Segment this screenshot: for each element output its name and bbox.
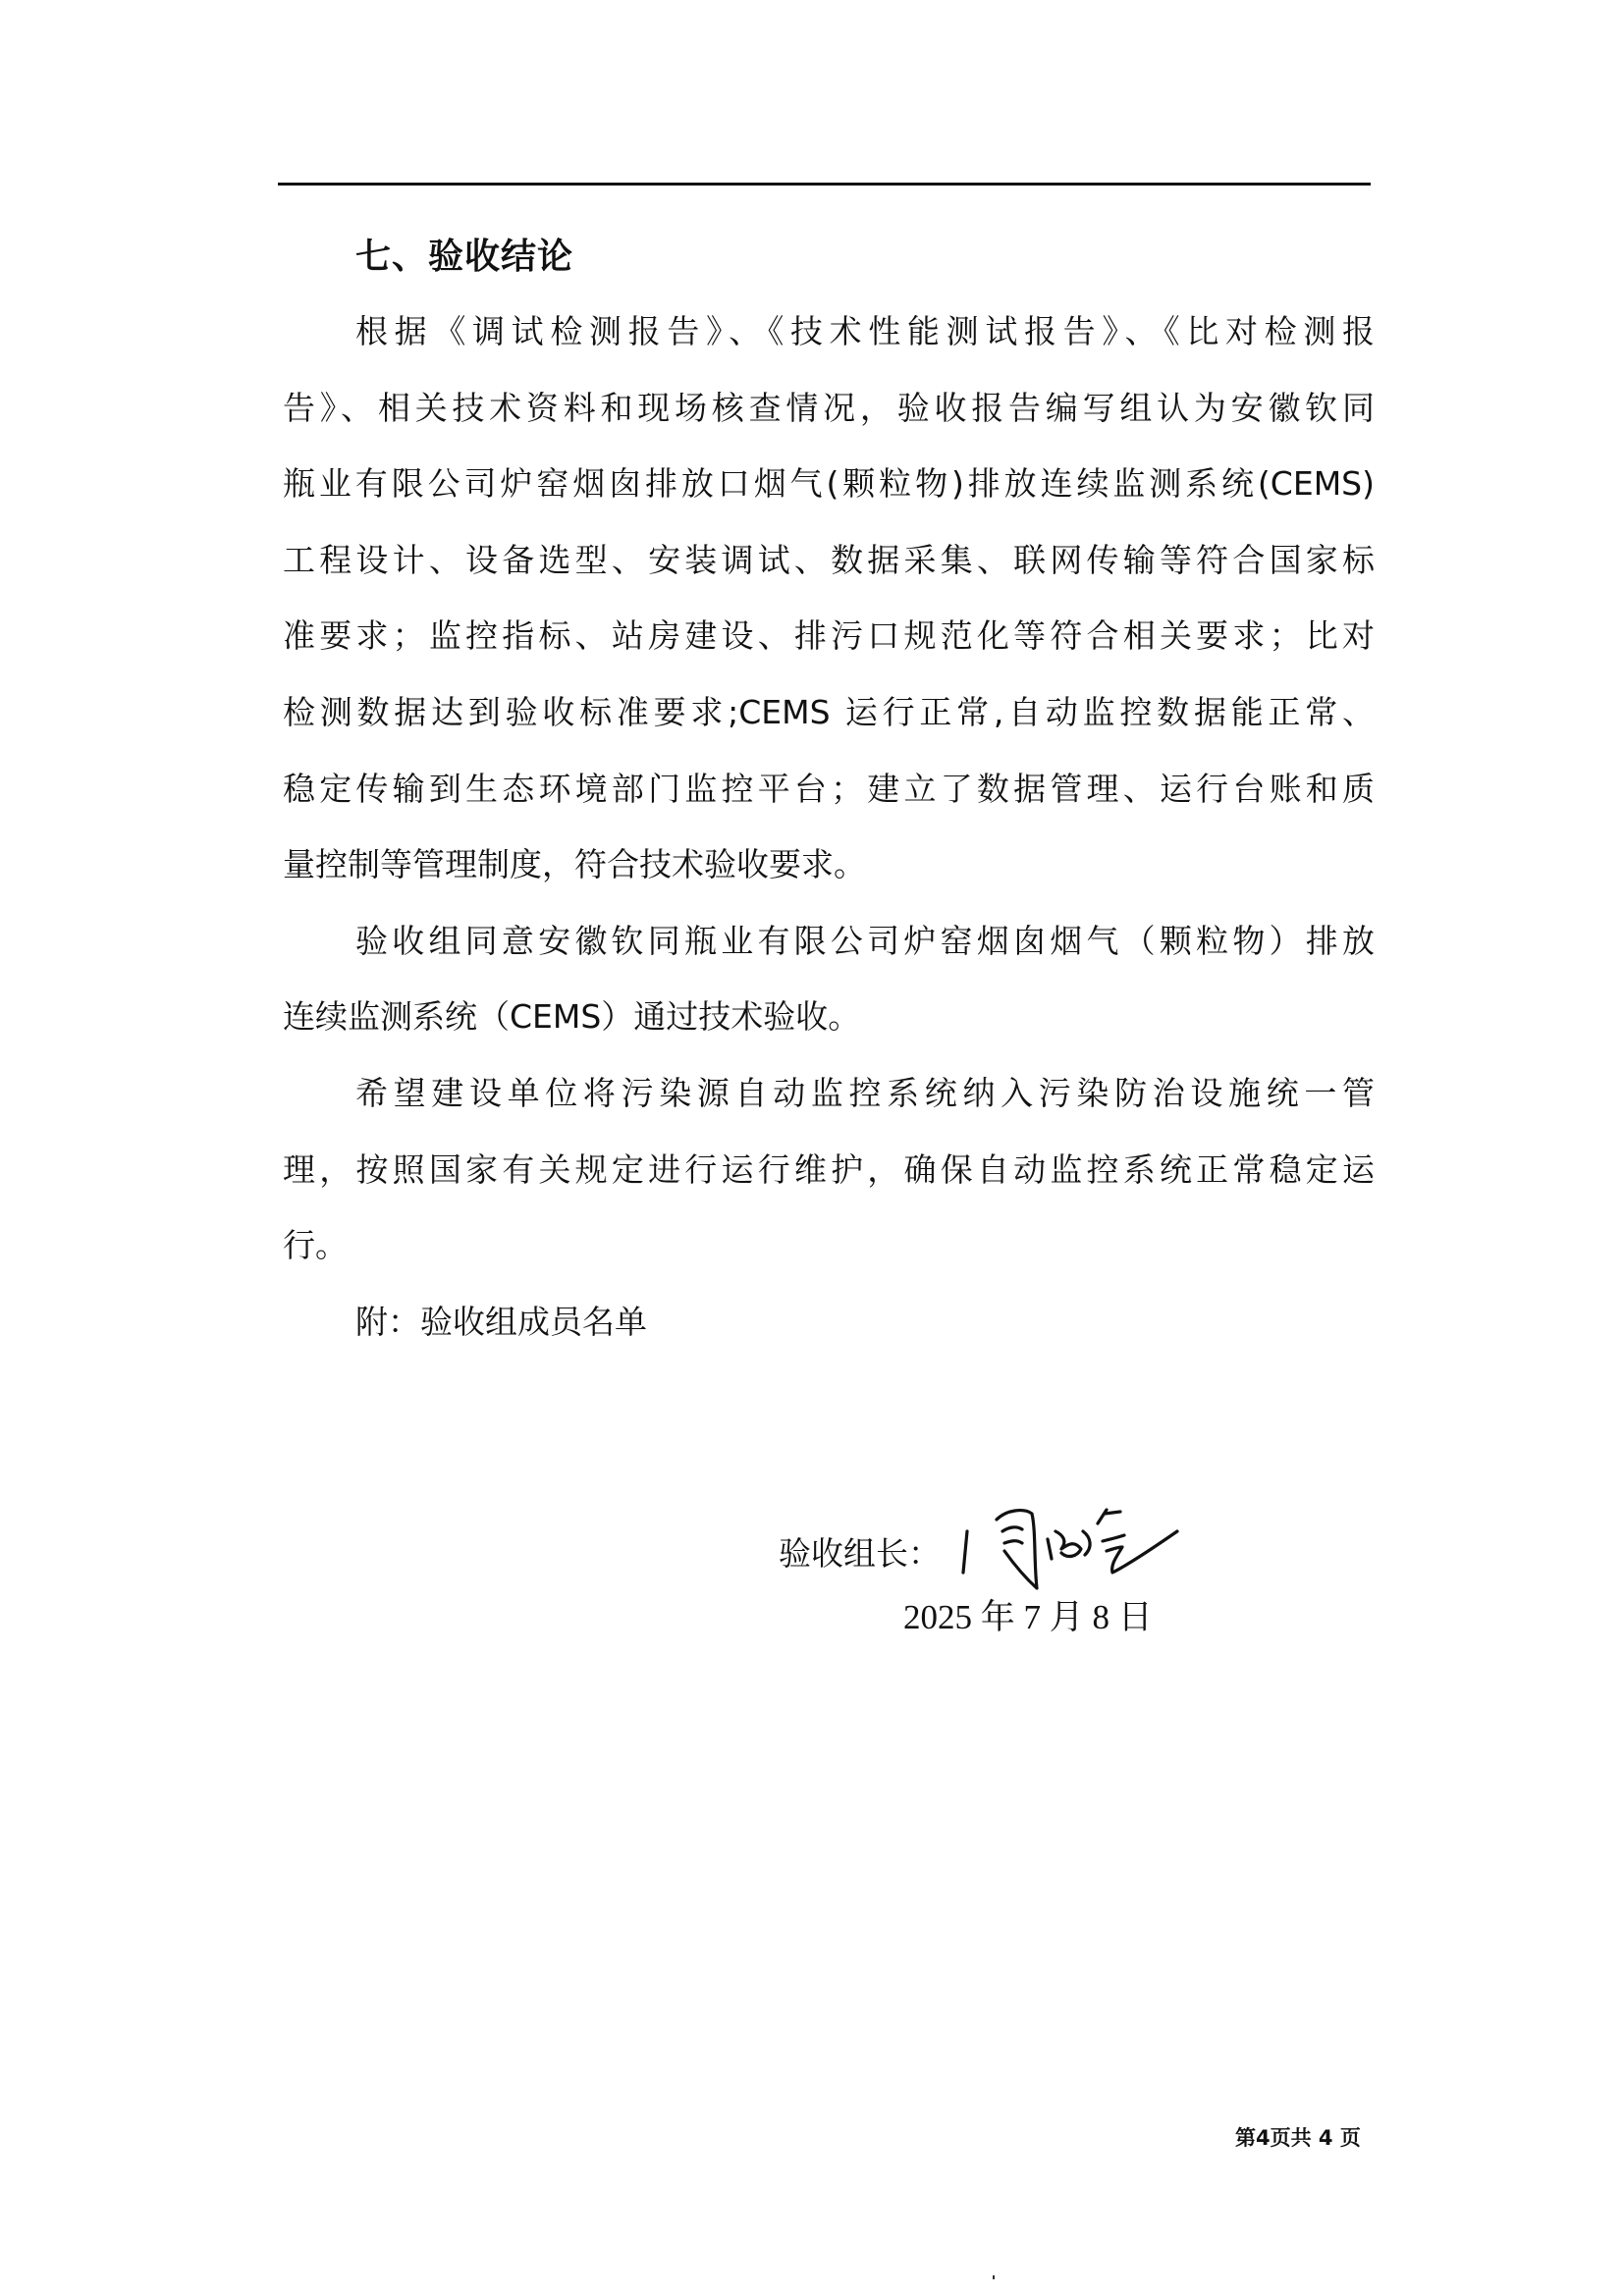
text-line: 告》、相关技术资料和现场核查情况，验收报告编写组认为安徽钦同 (283, 370, 1375, 447)
signature-block: 验收组长： 2025 年 7 月 8 日 (779, 1502, 1289, 1659)
text-line: 希望建设单位将污染源自动监控系统纳入污染防治设施统一管 (283, 1055, 1375, 1132)
page-number: 第4页共 4 页 (1235, 2122, 1361, 2152)
text-line: 检测数据达到验收标准要求;CEMS 运行正常,自动监控数据能正常、 (283, 674, 1375, 751)
signature-label: 验收组长： (779, 1529, 941, 1578)
scan-artifact (993, 2275, 995, 2279)
paragraph-recommendation: 希望建设单位将污染源自动监控系统纳入污染防治设施统一管 理，按照国家有关规定进行… (283, 1055, 1375, 1284)
signature-date: 2025 年 7 月 8 日 (903, 1593, 1153, 1642)
attachment-note: 附：验收组成员名单 (283, 1284, 1375, 1361)
text-line: 行。 (283, 1207, 1375, 1284)
text-line: 工程设计、设备选型、安装调试、数据采集、联网传输等符合国家标 (283, 522, 1375, 599)
text-line: 稳定传输到生态环境部门监控平台；建立了数据管理、运行台账和质 (283, 751, 1375, 828)
paragraph-approval: 验收组同意安徽钦同瓶业有限公司炉窑烟囱烟气（颗粒物）排放 连续监测系统（CEMS… (283, 903, 1375, 1055)
text-line: 根据《调试检测报告》、《技术性能测试报告》、《比对检测报 (283, 294, 1375, 370)
paragraph-conclusion: 根据《调试检测报告》、《技术性能测试报告》、《比对检测报 告》、相关技术资料和现… (283, 294, 1375, 903)
paragraph-attachment: 附：验收组成员名单 (283, 1284, 1375, 1361)
header-divider (278, 183, 1371, 186)
text-line: 验收组同意安徽钦同瓶业有限公司炉窑烟囱烟气（颗粒物）排放 (283, 903, 1375, 980)
document-page: 七、验收结论 根据《调试检测报告》、《技术性能测试报告》、《比对检测报 告》、相… (0, 0, 1623, 2296)
text-line: 量控制等管理制度，符合技术验收要求。 (283, 827, 1375, 903)
text-line: 准要求；监控指标、站房建设、排污口规范化等符合相关要求；比对 (283, 598, 1375, 674)
text-line: 连续监测系统（CEMS）通过技术验收。 (283, 979, 1375, 1055)
text-line: 瓶业有限公司炉窑烟囱排放口烟气(颗粒物)排放连续监测系统(CEMS) (283, 446, 1375, 522)
handwritten-signature-icon (946, 1492, 1181, 1600)
text-line: 理，按照国家有关规定进行运行维护，确保自动监控系统正常稳定运 (283, 1132, 1375, 1208)
section-heading: 七、验收结论 (355, 232, 573, 283)
document-body: 根据《调试检测报告》、《技术性能测试报告》、《比对检测报 告》、相关技术资料和现… (283, 294, 1375, 1360)
